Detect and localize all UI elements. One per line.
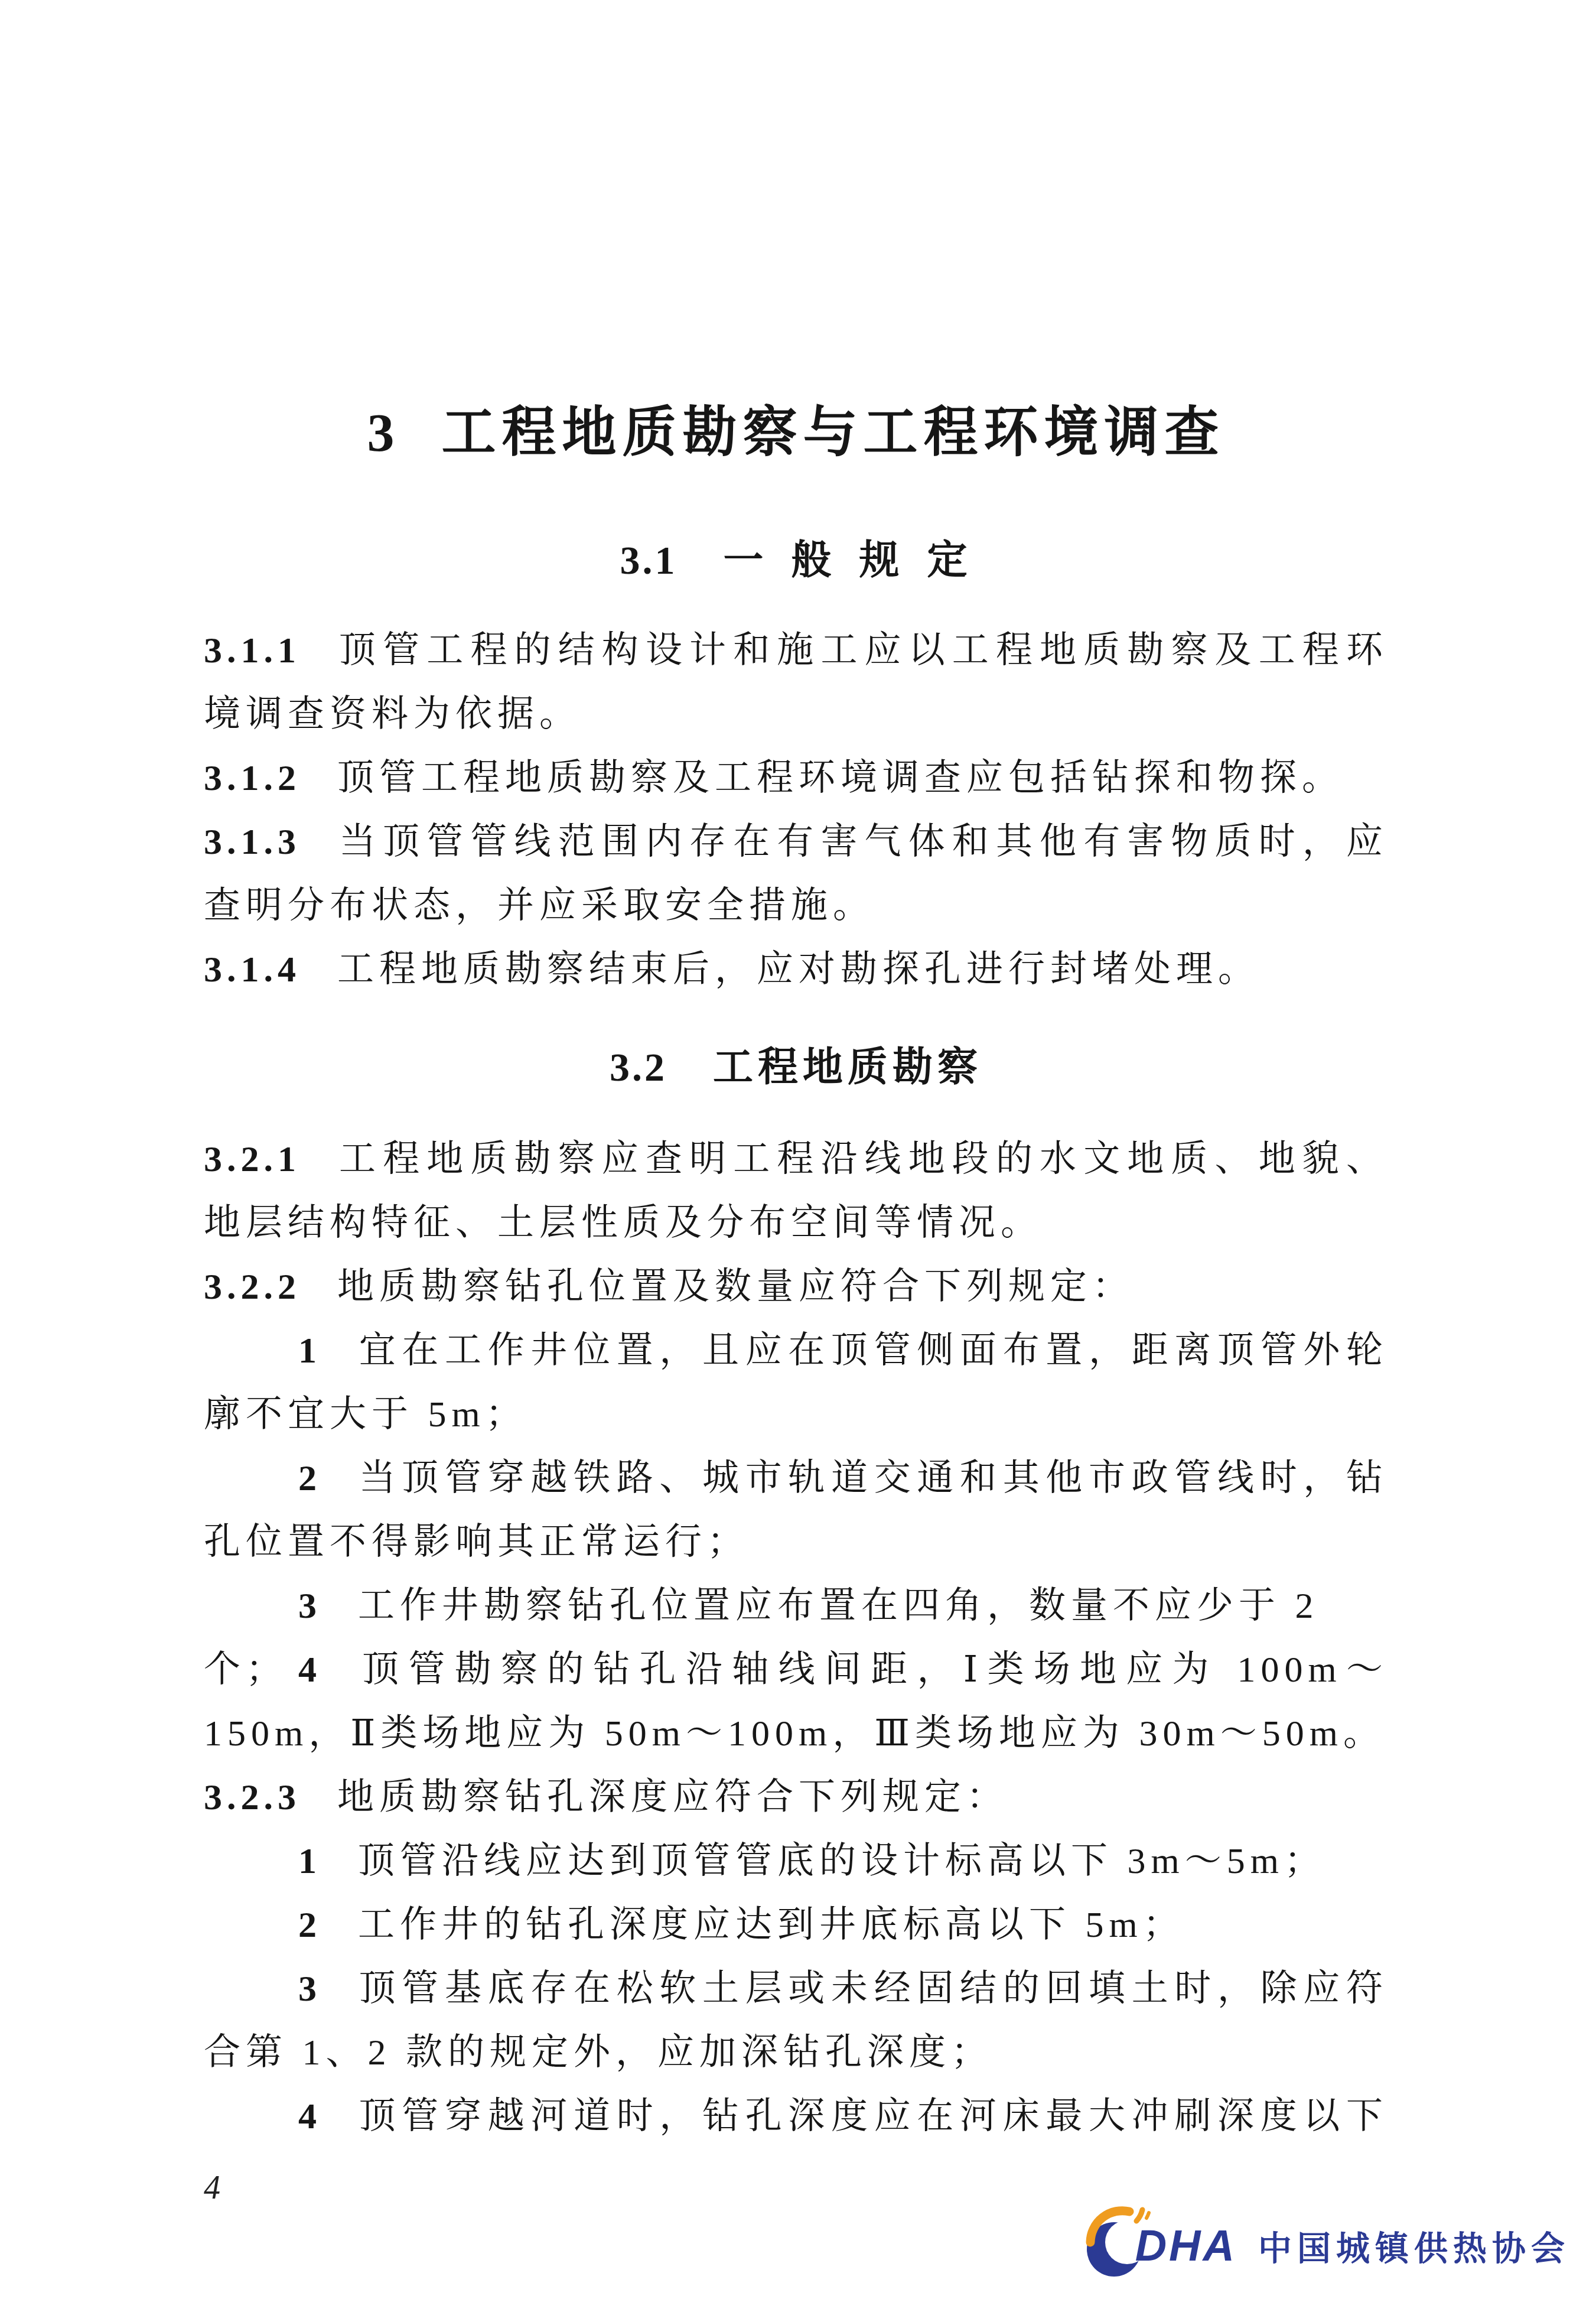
- text-line: 3.1.4工程地质勘察结束后，应对勘探孔进行封堵处理。: [204, 938, 1388, 1001]
- text-line: 地层结构特征、土层性质及分布空间等情况。: [204, 1191, 1388, 1255]
- text-line: 1宜在工作井位置，且应在顶管侧面布置，距离顶管外轮: [204, 1319, 1388, 1383]
- brand-logo: DHA 中国城镇供热协会: [1084, 2206, 1570, 2281]
- clause-number: 3: [298, 1586, 321, 1626]
- line-text: 廓不宜大于 5m；: [204, 1394, 527, 1435]
- clause-number: 3.2.2: [204, 1267, 301, 1307]
- text-line: 孔位置不得影响其正常运行；: [204, 1510, 1388, 1574]
- text-line: 3.2.3地质勘察钻孔深度应符合下列规定：: [204, 1765, 1388, 1829]
- line-text: 当顶管管线范围内存在有害气体和其他有害物质时，应: [337, 822, 1388, 862]
- section-heading: 3.2工程地质勘察: [204, 1035, 1388, 1099]
- chapter-title-text: 工程地质勘察与工程环境调查: [441, 402, 1224, 463]
- clause-number: 4: [298, 2096, 321, 2137]
- chapter-number: 3: [367, 402, 394, 463]
- page: 3工程地质勘察与工程环境调查3.1一 般 规 定3.1.1顶管工程的结构设计和施…: [0, 0, 1596, 2312]
- clause-number: 1: [298, 1841, 321, 1881]
- section-heading: 3.1一 般 规 定: [204, 528, 1388, 592]
- line-text: 顶管工程地质勘察及工程环境调查应包括钻探和物探。: [337, 758, 1344, 798]
- document-body: 3工程地质勘察与工程环境调查3.1一 般 规 定3.1.1顶管工程的结构设计和施…: [204, 0, 1388, 2148]
- line-text: 150m，Ⅱ类场地应为 50m～100m，Ⅲ类场地应为 30m～50m。: [204, 1713, 1385, 1754]
- line-text: 顶管基底存在松软土层或未经固结的回填土时，除应符: [358, 1969, 1388, 2009]
- line-text: 境调查资料为依据。: [204, 694, 581, 734]
- line-text: 顶管工程的结构设计和施工应以工程地质勘察及工程环: [337, 630, 1388, 671]
- text-line: 合第 1、2 款的规定外，应加深钻孔深度；: [204, 2021, 1388, 2085]
- text-line: 3工作井勘察钻孔位置应布置在四角，数量不应少于 2 个；: [204, 1574, 1388, 1638]
- section-title-text: 工程地质勘察: [713, 1045, 982, 1090]
- clause-number: 3.1.1: [204, 630, 301, 671]
- text-line: 查明分布状态，并应采取安全措施。: [204, 874, 1388, 938]
- text-line: 4顶管穿越河道时，钻孔深度应在河床最大冲刷深度以下: [204, 2085, 1388, 2148]
- clause-number: 3.1.3: [204, 822, 301, 862]
- text-line: 境调查资料为依据。: [204, 682, 1388, 746]
- logo-acronym: DHA: [1135, 2220, 1237, 2271]
- text-line: 150m，Ⅱ类场地应为 50m～100m，Ⅲ类场地应为 30m～50m。: [204, 1702, 1388, 1765]
- clause-number: 3.1.2: [204, 758, 301, 798]
- line-text: 当顶管穿越铁路、城市轨道交通和其他市政管线时，钻: [358, 1458, 1388, 1498]
- text-line: 3.2.1工程地质勘察应查明工程沿线地段的水文地质、地貌、: [204, 1127, 1388, 1191]
- section-number: 3.2: [610, 1045, 667, 1090]
- section-title-text: 一 般 规 定: [723, 538, 972, 583]
- clause-number: 3.1.4: [204, 949, 301, 990]
- clause-number: 3.2.1: [204, 1139, 301, 1179]
- line-text: 查明分布状态，并应采取安全措施。: [204, 886, 875, 926]
- line-text: 宜在工作井位置，且应在顶管侧面布置，距离顶管外轮: [358, 1331, 1388, 1371]
- clause-number: 2: [298, 1458, 321, 1498]
- line-text: 孔位置不得影响其正常运行；: [204, 1522, 749, 1562]
- line-text: 工作井的钻孔深度应达到井底标高以下 5m；: [358, 1905, 1185, 1945]
- page-number: 4: [204, 2161, 220, 2215]
- text-line: 廓不宜大于 5m；: [204, 1383, 1388, 1446]
- logo-org-name: 中国城镇供热协会: [1258, 2222, 1570, 2270]
- line-text: 工程地质勘察应查明工程沿线地段的水文地质、地貌、: [337, 1139, 1388, 1179]
- section-number: 3.1: [620, 538, 677, 583]
- clause-number: 1: [298, 1331, 321, 1371]
- text-line: 2当顶管穿越铁路、城市轨道交通和其他市政管线时，钻: [204, 1446, 1388, 1510]
- line-text: 地质勘察钻孔位置及数量应符合下列规定：: [337, 1267, 1134, 1307]
- line-text: 顶管勘察的钻孔沿轴线间距，Ⅰ类场地应为 100m～: [358, 1650, 1388, 1690]
- clause-number: 3.2.3: [204, 1777, 301, 1817]
- clause-number: 4: [298, 1650, 321, 1690]
- text-line: 3.1.2顶管工程地质勘察及工程环境调查应包括钻探和物探。: [204, 746, 1388, 810]
- chapter-title: 3工程地质勘察与工程环境调查: [204, 388, 1388, 477]
- clause-number: 3: [298, 1969, 321, 2009]
- text-line: 3.2.2地质勘察钻孔位置及数量应符合下列规定：: [204, 1255, 1388, 1319]
- line-text: 顶管沿线应达到顶管管底的设计标高以下 3m～5m；: [358, 1841, 1326, 1881]
- line-text: 地层结构特征、土层性质及分布空间等情况。: [204, 1203, 1043, 1243]
- line-text: 地质勘察钻孔深度应符合下列规定：: [337, 1777, 1008, 1817]
- text-line: 3.1.3当顶管管线范围内存在有害气体和其他有害物质时，应: [204, 810, 1388, 874]
- line-text: 顶管穿越河道时，钻孔深度应在河床最大冲刷深度以下: [358, 2096, 1388, 2137]
- line-text: 合第 1、2 款的规定外，应加深钻孔深度；: [204, 2033, 993, 2073]
- text-line: 2工作井的钻孔深度应达到井底标高以下 5m；: [204, 1893, 1388, 1957]
- line-text: 工程地质勘察结束后，应对勘探孔进行封堵处理。: [337, 949, 1260, 990]
- text-line: 4顶管勘察的钻孔沿轴线间距，Ⅰ类场地应为 100m～: [204, 1638, 1388, 1702]
- text-line: 3.1.1顶管工程的结构设计和施工应以工程地质勘察及工程环: [204, 619, 1388, 682]
- text-line: 1顶管沿线应达到顶管管底的设计标高以下 3m～5m；: [204, 1829, 1388, 1893]
- text-line: 3顶管基底存在松软土层或未经固结的回填土时，除应符: [204, 1957, 1388, 2021]
- clause-number: 2: [298, 1905, 321, 1945]
